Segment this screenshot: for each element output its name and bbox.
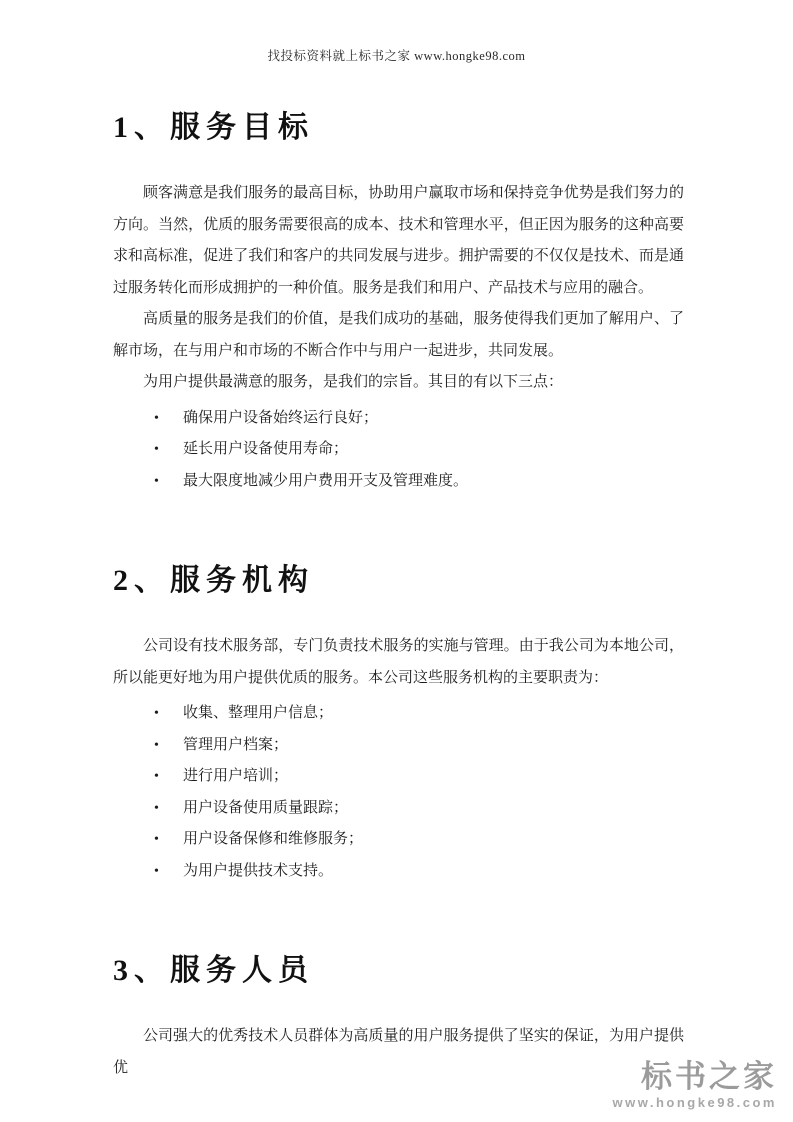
page-header: 找投标资料就上标书之家 www.hongke98.com bbox=[0, 0, 793, 64]
bullet-text: 确保用户设备始终运行良好； bbox=[183, 410, 378, 426]
header-text: 找投标资料就上标书之家 www.hongke98.com bbox=[268, 49, 526, 63]
document-page: 找投标资料就上标书之家 www.hongke98.com 1、服务目标 顾客满意… bbox=[0, 0, 793, 1122]
bullet-text: 最大限度地减少用户费用开支及管理难度。 bbox=[183, 473, 468, 489]
list-item: 收集、整理用户信息； bbox=[113, 698, 684, 730]
paragraph: 公司强大的优秀技术人员群体为高质量的用户服务提供了坚实的保证，为用户提供优 bbox=[113, 1021, 684, 1084]
bullet-text: 收集、整理用户信息； bbox=[183, 705, 333, 721]
bullet-text: 为用户提供技术支持。 bbox=[183, 863, 333, 879]
bullet-text: 延长用户设备使用寿命； bbox=[183, 441, 348, 457]
bullet-icon bbox=[154, 793, 159, 825]
bullet-text: 用户设备使用质量跟踪； bbox=[183, 800, 348, 816]
list-item: 管理用户档案； bbox=[113, 730, 684, 762]
bullet-text: 进行用户培训； bbox=[183, 768, 288, 784]
paragraph: 公司设有技术服务部，专门负责技术服务的实施与管理。由于我公司为本地公司，所以能更… bbox=[113, 631, 684, 694]
list-item: 延长用户设备使用寿命； bbox=[113, 434, 684, 466]
bullet-icon bbox=[154, 434, 159, 466]
list-item: 为用户提供技术支持。 bbox=[113, 856, 684, 888]
list-item: 用户设备保修和维修服务； bbox=[113, 824, 684, 856]
document-content: 1、服务目标 顾客满意是我们服务的最高目标，协助用户赢取市场和保持竞争优势是我们… bbox=[0, 102, 793, 1084]
section-heading-3: 3、服务人员 bbox=[113, 945, 684, 989]
bullet-list-duties: 收集、整理用户信息； 管理用户档案； 进行用户培训； 用户设备使用质量跟踪； 用… bbox=[113, 698, 684, 887]
watermark-logo: 标书之家 bbox=[613, 1061, 778, 1094]
watermark-url: www.hongke98.com bbox=[613, 1095, 778, 1110]
paragraph: 为用户提供最满意的服务，是我们的宗旨。其目的有以下三点： bbox=[113, 367, 684, 399]
bullet-icon bbox=[154, 856, 159, 888]
paragraph: 顾客满意是我们服务的最高目标，协助用户赢取市场和保持竞争优势是我们努力的方向。当… bbox=[113, 178, 684, 304]
bullet-text: 管理用户档案； bbox=[183, 737, 288, 753]
list-item: 用户设备使用质量跟踪； bbox=[113, 793, 684, 825]
bullet-icon bbox=[154, 730, 159, 762]
section-heading-1: 1、服务目标 bbox=[113, 102, 684, 146]
list-item: 确保用户设备始终运行良好； bbox=[113, 403, 684, 435]
bullet-icon bbox=[154, 761, 159, 793]
list-item: 进行用户培训； bbox=[113, 761, 684, 793]
list-item: 最大限度地减少用户费用开支及管理难度。 bbox=[113, 466, 684, 498]
watermark: 标书之家 www.hongke98.com bbox=[613, 1061, 778, 1110]
paragraph: 高质量的服务是我们的价值，是我们成功的基础，服务使得我们更加了解用户、了解市场，… bbox=[113, 304, 684, 367]
bullet-list-goals: 确保用户设备始终运行良好； 延长用户设备使用寿命； 最大限度地减少用户费用开支及… bbox=[113, 403, 684, 498]
section-heading-2: 2、服务机构 bbox=[113, 555, 684, 599]
bullet-text: 用户设备保修和维修服务； bbox=[183, 831, 363, 847]
bullet-icon bbox=[154, 698, 159, 730]
bullet-icon bbox=[154, 466, 159, 498]
bullet-icon bbox=[154, 403, 159, 435]
bullet-icon bbox=[154, 824, 159, 856]
